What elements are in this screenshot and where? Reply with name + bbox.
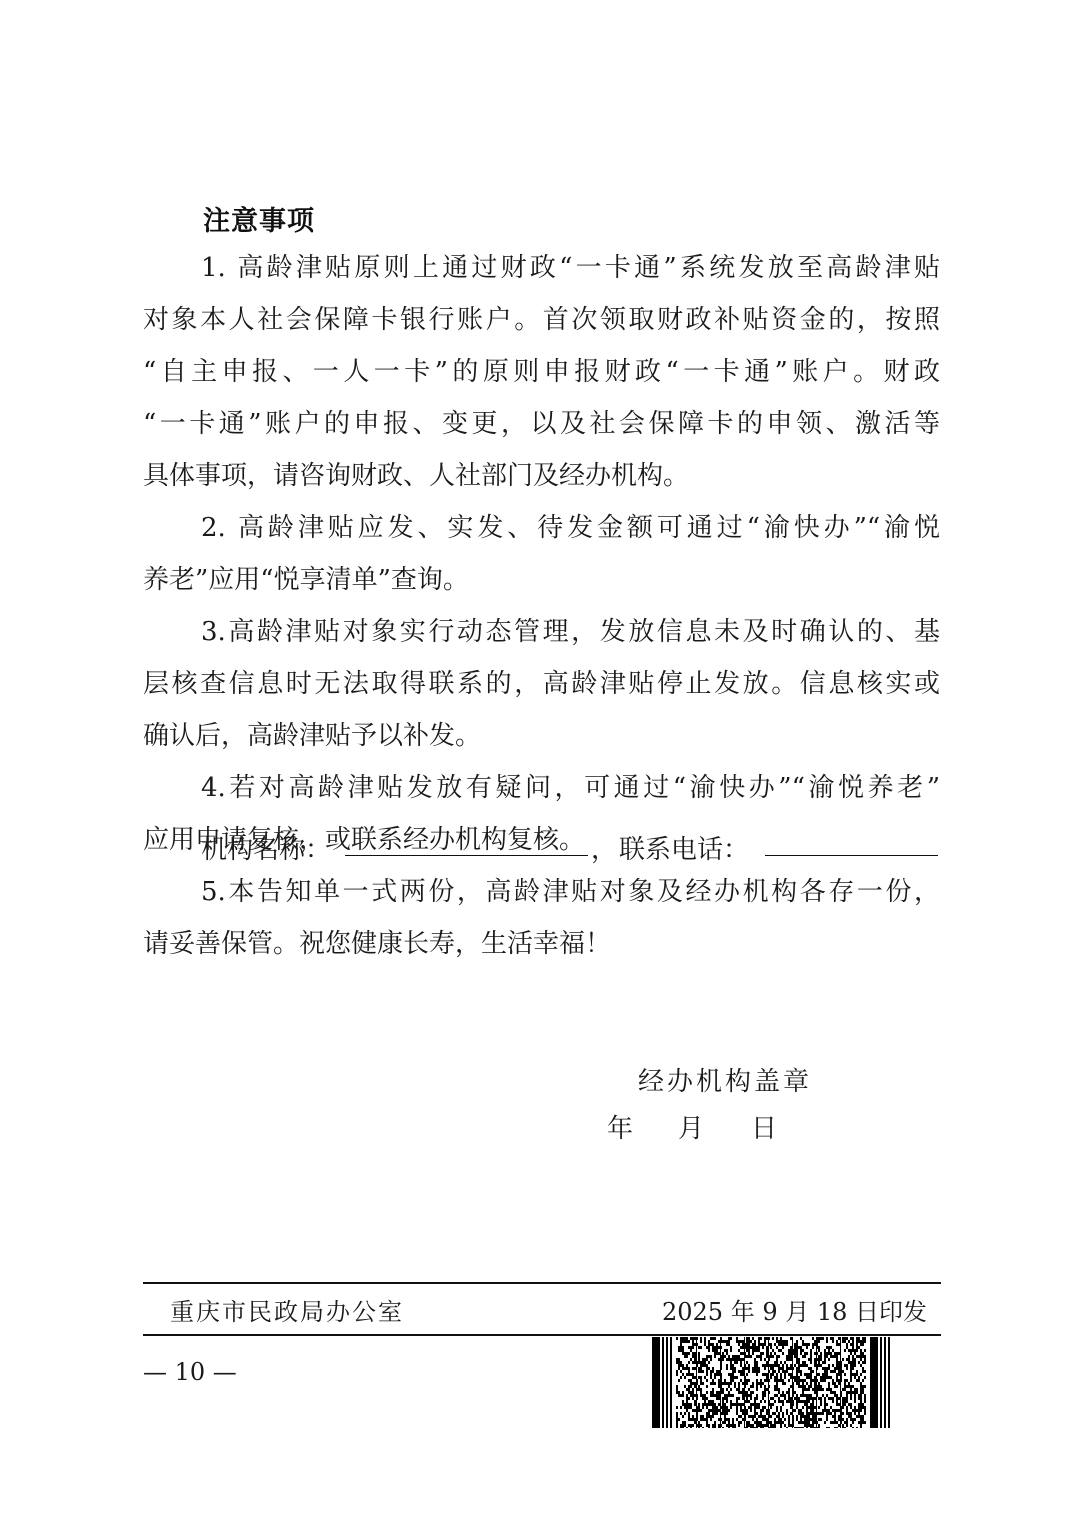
- item-2-line-2: 养老”应用“悦享清单”查询。: [143, 560, 469, 600]
- item-1-line-5: 具体事项，请咨询财政、人社部门及经办机构。: [143, 456, 689, 496]
- item-2-line-1: 2. 高龄津贴应发、实发、待发金额可通过“渝快办”“渝悦: [201, 508, 940, 548]
- footer-bottom-rule: [143, 1334, 941, 1336]
- item-5-line-2: 请妥善保管。祝您健康长寿，生活幸福！: [143, 924, 611, 964]
- page-number: — 10 —: [143, 1358, 237, 1386]
- date-day-label: 日: [751, 1108, 777, 1145]
- issuer-name: 重庆市民政局办公室: [170, 1292, 404, 1327]
- item-1-line-2: 对象本人社会保障卡银行账户。首次领取财政补贴资金的，按照: [143, 300, 940, 340]
- item-3-line-1: 3.高龄津贴对象实行动态管理，发放信息未及时确认的、基: [201, 612, 940, 652]
- issue-date: 2025 年 9 月 18 日印发: [662, 1292, 927, 1327]
- contact-row: 机构名称： ， 联系电话：: [201, 830, 941, 870]
- item-1-line-3: “自主申报、一人一卡”的原则申报财政“一卡通”账户。财政: [143, 352, 940, 392]
- item-1-line-4: “一卡通”账户的申报、变更，以及社会保障卡的申领、激活等: [143, 404, 940, 444]
- pdf417-barcode-icon: [652, 1337, 890, 1428]
- item-3-line-2: 层核查信息时无法取得联系的，高龄津贴停止发放。信息核实或: [143, 664, 940, 704]
- item-5-line-1: 5.本告知单一式两份，高龄津贴对象及经办机构各存一份，: [201, 872, 940, 912]
- date-month-label: 月: [678, 1108, 704, 1145]
- document-page: 注意事项 1. 高龄津贴原则上通过财政“一卡通”系统发放至高龄津贴 对象本人社会…: [0, 0, 1074, 1520]
- phone-label: 联系电话：: [619, 830, 749, 870]
- notice-heading: 注意事项: [203, 199, 315, 238]
- item-1-line-1: 1. 高龄津贴原则上通过财政“一卡通”系统发放至高龄津贴: [201, 248, 940, 288]
- phone-blank-field[interactable]: [765, 855, 938, 856]
- org-name-blank-field[interactable]: [345, 855, 588, 856]
- item-3-line-3: 确认后，高龄津贴予以补发。: [143, 716, 481, 756]
- org-seal-label: 经办机构盖章: [638, 1061, 812, 1098]
- date-year-label: 年: [607, 1108, 633, 1145]
- org-name-label: 机构名称：: [201, 830, 331, 870]
- item-4-line-1: 4.若对高龄津贴发放有疑问，可通过“渝快办”“渝悦养老”: [201, 768, 940, 808]
- footer-top-rule: [143, 1282, 941, 1284]
- contact-separator: ，: [591, 830, 617, 870]
